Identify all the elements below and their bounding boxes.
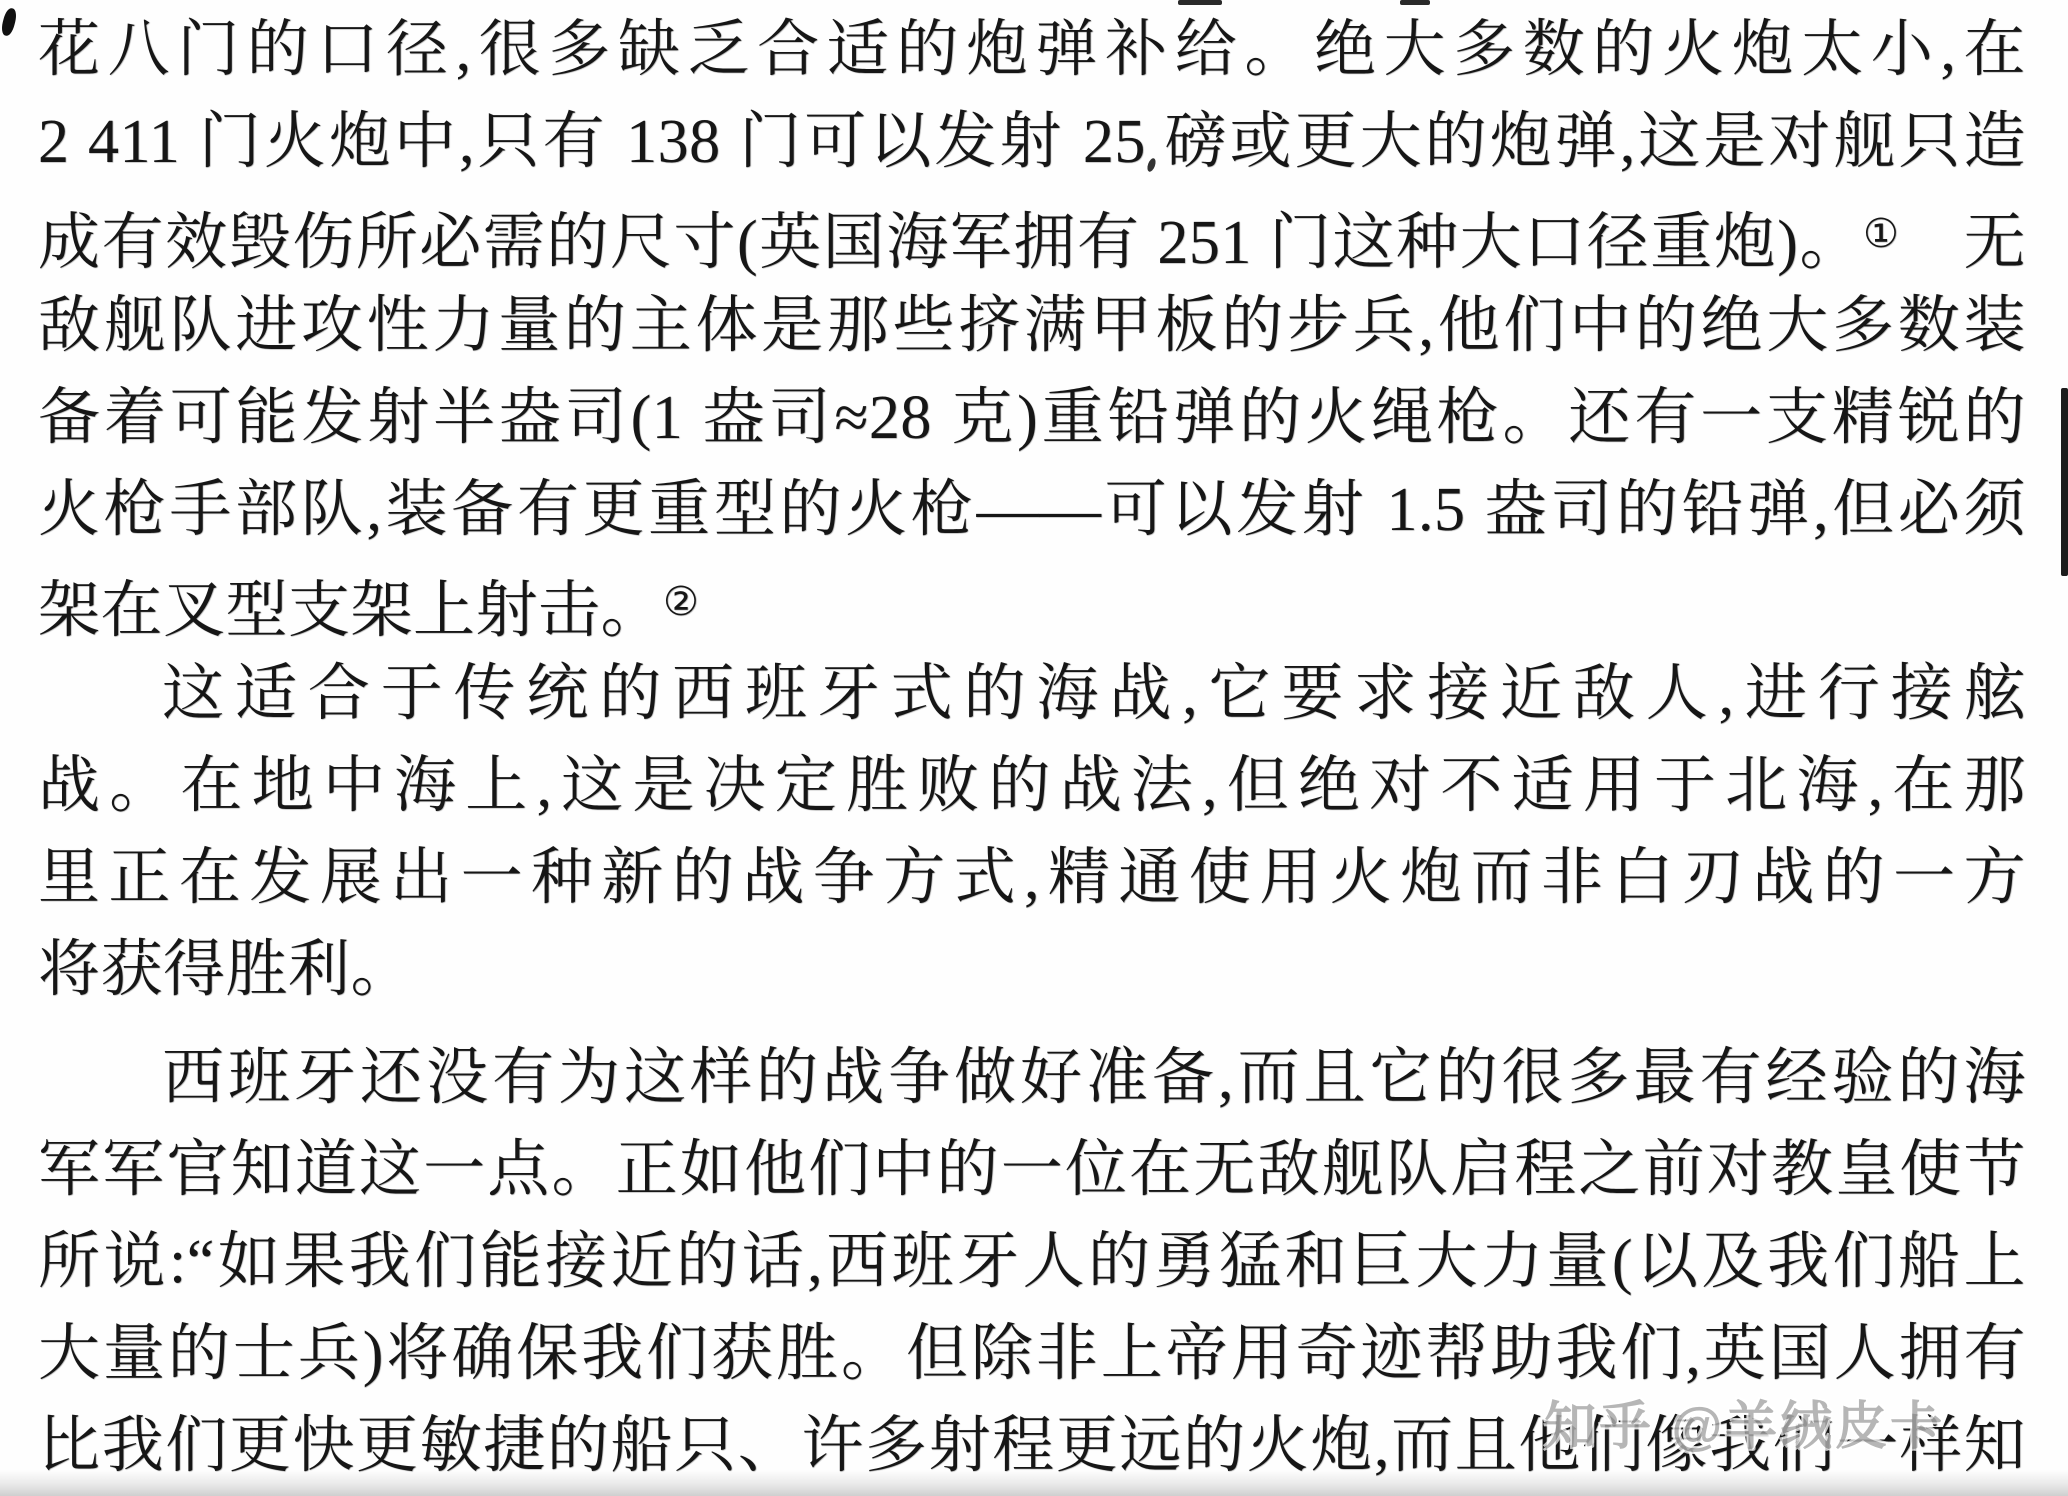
zhihu-watermark: 知乎 @羊绒皮卡 <box>1544 1384 1945 1459</box>
text-line: 战。在地中海上,这是决定胜败的战法,但绝对不适用于北海,在那 <box>38 740 2026 832</box>
text-line: 所说:“如果我们能接近的话,西班牙人的勇猛和巨大力量(以及我们船上 <box>38 1216 2026 1308</box>
text-paragraph-1: 花八门的口径,很多缺乏合适的炮弹补给。绝大多数的火炮太小,在 2 411 门火炮… <box>38 4 2026 648</box>
text-line: 花八门的口径,很多缺乏合适的炮弹补给。绝大多数的火炮太小,在 <box>38 4 2026 96</box>
text-line: 火枪手部队,装备有更重型的火枪——可以发射 1.5 盎司的铅弹,但必须 <box>38 464 2026 556</box>
text-segment: 无 <box>1900 209 2026 277</box>
footnote-marker-1: ① <box>1863 211 1900 256</box>
text-segment: 成有效毁伤所必需的尺寸(英国海军拥有 251 门这种大口径重炮)。 <box>38 209 1863 277</box>
text-line: 备着可能发射半盎司(1 盎司≈28 克)重铅弹的火绳枪。还有一支精锐的 <box>38 372 2026 464</box>
text-line: 西班牙还没有为这样的战争做好准备,而且它的很多最有经验的海 <box>38 1032 2026 1124</box>
text-line: 这适合于传统的西班牙式的海战,它要求接近敌人,进行接舷 <box>38 648 2026 740</box>
text-line: 架在叉型支架上射击。② <box>38 556 2026 648</box>
text-line: 将获得胜利。 <box>38 924 2026 1016</box>
text-segment: 架在叉型支架上射击。 <box>38 577 663 645</box>
text-line: 成有效毁伤所必需的尺寸(英国海军拥有 251 门这种大口径重炮)。① 无 <box>38 188 2026 280</box>
text-quote-paragraph: 这适合于传统的西班牙式的海战,它要求接近敌人,进行接舷 战。在地中海上,这是决定… <box>38 648 2026 1016</box>
page-text-block: 花八门的口径,很多缺乏合适的炮弹补给。绝大多数的火炮太小,在 2 411 门火炮… <box>0 0 2068 1492</box>
page-edge-shadow-right <box>2061 388 2068 576</box>
scan-artifact-top-2 <box>1400 0 1430 5</box>
text-line: 里正在发展出一种新的战争方式,精通使用火炮而非白刃战的一方 <box>38 832 2026 924</box>
text-line: 敌舰队进攻性力量的主体是那些挤满甲板的步兵,他们中的绝大多数装 <box>38 280 2026 372</box>
footnote-marker-2: ② <box>663 579 699 624</box>
text-line: 2 411 门火炮中,只有 138 门可以发射 25 磅或更大的炮弹,这是对舰只… <box>38 96 2026 188</box>
scanned-page: 花八门的口径,很多缺乏合适的炮弹补给。绝大多数的火炮太小,在 2 411 门火炮… <box>0 0 2068 1496</box>
scan-artifact-top-1 <box>1178 0 1222 5</box>
text-line: 军军官知道这一点。正如他们中的一位在无敌舰队启程之前对教皇使节 <box>38 1124 2026 1216</box>
